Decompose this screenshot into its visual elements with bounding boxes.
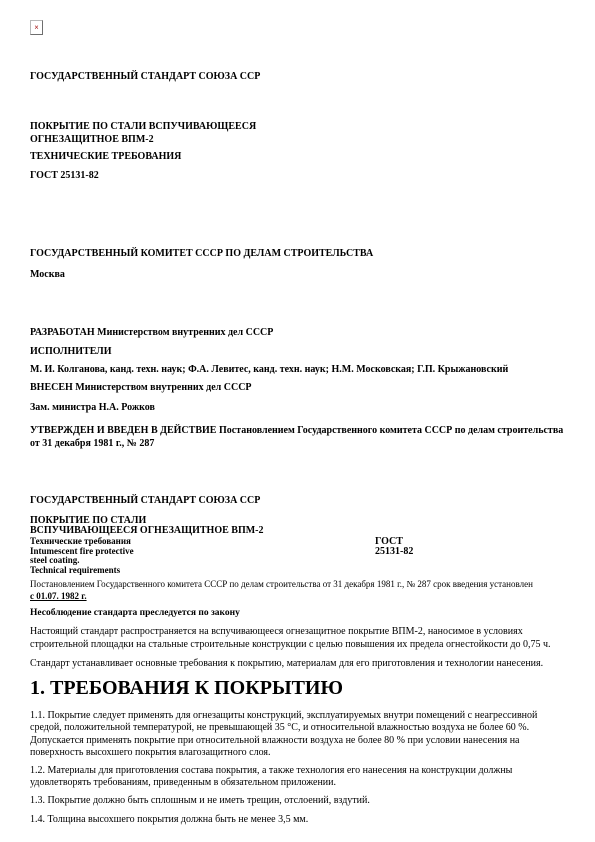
- clause-1-3: 1.3. Покрытие должно быть сплошным и не …: [30, 795, 565, 807]
- broken-image-icon: ×: [30, 20, 43, 35]
- executors-label: ИСПОЛНИТЕЛИ: [30, 345, 565, 358]
- enactment-text: Постановлением Государственного комитета…: [30, 579, 533, 589]
- clause-1-2: 1.2. Материалы для приготовления состава…: [30, 765, 565, 789]
- top-title-line1: ПОКРЫТИЕ ПО СТАЛИ ВСПУЧИВАЮЩЕЕСЯ: [30, 120, 565, 133]
- executors-line: М. И. Колганова, канд. техн. наук; Ф.А. …: [30, 363, 565, 376]
- law-notice: Несоблюдение стандарта преследуется по з…: [30, 607, 565, 619]
- developed-line: РАЗРАБОТАН Министерством внутренних дел …: [30, 326, 565, 339]
- std-code-line2: 25131-82: [375, 547, 413, 557]
- committee-line: ГОСУДАРСТВЕННЫЙ КОМИТЕТ СССР ПО ДЕЛАМ СТ…: [30, 247, 565, 260]
- clause-1-4: 1.4. Толщина высохшего покрытия должна б…: [30, 814, 565, 826]
- std-subtitles-block: Технические требования Intumescent fire …: [30, 537, 565, 575]
- approved-line: УТВЕРЖДЕН И ВВЕДЕН В ДЕЙСТВИЕ Постановле…: [30, 424, 565, 450]
- clause-1-1: 1.1. Покрытие следует применять для огне…: [30, 710, 565, 759]
- submitted-line: ВНЕСЕН Министерством внутренних дел СССР: [30, 381, 565, 394]
- section1-heading: 1. ТРЕБОВАНИЯ К ПОКРЫТИЮ: [30, 676, 565, 700]
- top-org-header: ГОСУДАРСТВЕННЫЙ СТАНДАРТ СОЮЗА ССР: [30, 70, 565, 83]
- establishes-paragraph: Стандарт устанавливает основные требован…: [30, 658, 565, 670]
- city-line: Москва: [30, 268, 565, 281]
- std-title: ПОКРЫТИЕ ПО СТАЛИ ВСПУЧИВАЮЩЕЕСЯ ОГНЕЗАЩ…: [30, 516, 565, 536]
- std-title-en-line1: Intumescent fire protective: [30, 547, 565, 557]
- broken-image-x-icon: ×: [34, 24, 39, 32]
- scope-paragraph: Настоящий стандарт распространяется на в…: [30, 626, 565, 651]
- page-body: × ГОСУДАРСТВЕННЫЙ СТАНДАРТ СОЮЗА ССР ПОК…: [0, 0, 595, 826]
- std-header-row: Технические требования Intumescent fire …: [30, 537, 565, 575]
- std-title-line2: ВСПУЧИВАЮЩЕЕСЯ ОГНЕЗАЩИТНОЕ ВПМ-2: [30, 526, 565, 536]
- std-org-header: ГОСУДАРСТВЕННЫЙ СТАНДАРТ СОЮЗА ССР: [30, 494, 565, 507]
- top-subtitle: ТЕХНИЧЕСКИЕ ТРЕБОВАНИЯ: [30, 150, 565, 163]
- enactment-paragraph: Постановлением Государственного комитета…: [30, 578, 565, 602]
- std-code-block: ГОСТ 25131-82: [375, 537, 413, 557]
- enactment-date: с 01.07. 1982 г.: [30, 590, 565, 602]
- top-title-line2: ОГНЕЗАЩИТНОЕ ВПМ-2: [30, 133, 565, 146]
- deputy-minister-line: Зам. министра Н.А. Рожков: [30, 401, 565, 414]
- document-page: { "broken_image": { "glyph": "×", "x_col…: [0, 0, 595, 842]
- top-title: ПОКРЫТИЕ ПО СТАЛИ ВСПУЧИВАЮЩЕЕСЯ ОГНЕЗАЩ…: [30, 120, 565, 146]
- top-gost-number: ГОСТ 25131-82: [30, 169, 565, 182]
- std-subtitle-en: Technical requirements: [30, 566, 565, 576]
